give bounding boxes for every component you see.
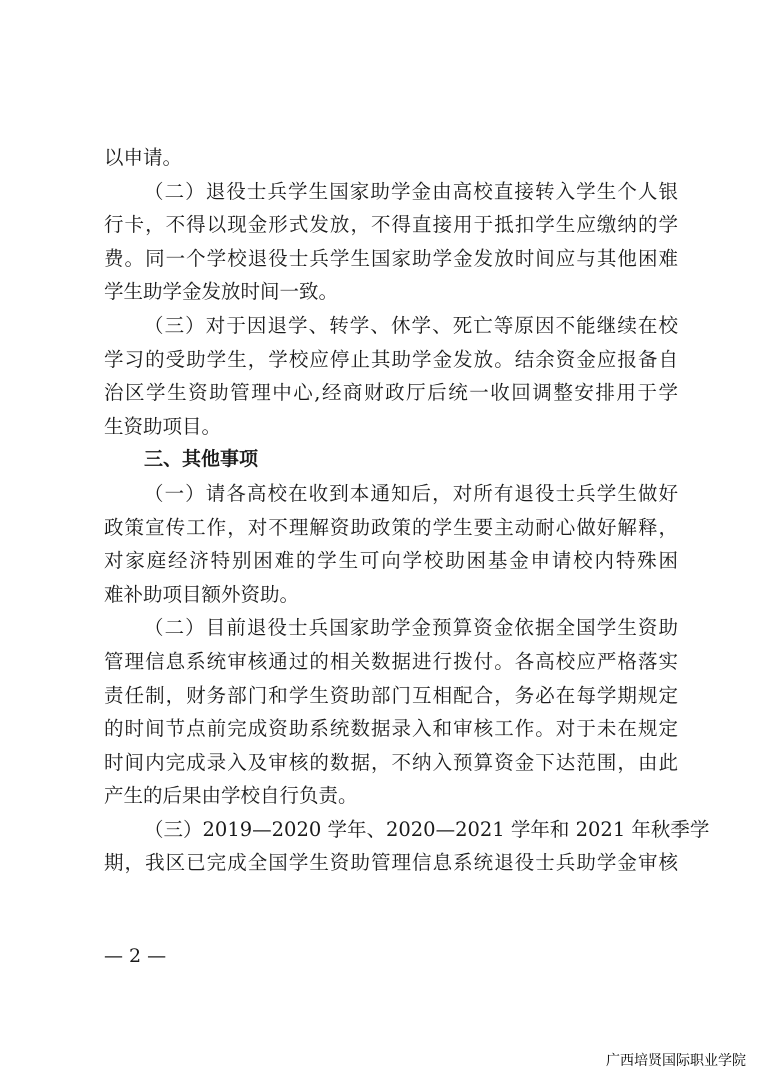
text-line: 责任制，财务部门和学生资助部门互相配合，务必在每学期规定 xyxy=(104,679,678,713)
document-page: 以申请。 （二）退役士兵学生国家助学金由高校直接转入学生个人银 行卡，不得以现金… xyxy=(0,0,764,1080)
text-line: 生资助项目。 xyxy=(104,410,678,444)
text-line: 治区学生资助管理中心,经商财政厅后统一收回调整安排用于学 xyxy=(104,376,678,410)
section-heading: 三、其他事项 xyxy=(104,443,678,477)
text-line: （二）退役士兵学生国家助学金由高校直接转入学生个人银 xyxy=(104,175,678,209)
page-number: — 2 — xyxy=(104,942,166,970)
text-line: 学习的受助学生，学校应停止其助学金发放。结余资金应报备自 xyxy=(104,343,678,377)
text-line: 时间内完成录入及审核的数据，不纳入预算资金下达范围，由此 xyxy=(104,746,678,780)
text-line: 产生的后果由学校自行负责。 xyxy=(104,779,678,813)
text-line: 对家庭经济特别困难的学生可向学校助困基金申请校内特殊困 xyxy=(104,544,678,578)
document-body: 以申请。 （二）退役士兵学生国家助学金由高校直接转入学生个人银 行卡，不得以现金… xyxy=(104,141,678,880)
text-line: 的时间节点前完成资助系统数据录入和审核工作。对于未在规定 xyxy=(104,712,678,746)
text-line: （二）目前退役士兵国家助学金预算资金依据全国学生资助 xyxy=(104,611,678,645)
text-line: （三）对于因退学、转学、休学、死亡等原因不能继续在校 xyxy=(104,309,678,343)
text-line: 行卡，不得以现金形式发放，不得直接用于抵扣学生应缴纳的学 xyxy=(104,208,678,242)
text-line: 政策宣传工作，对不理解资助政策的学生要主动耐心做好解释， xyxy=(104,511,678,545)
text-line: 费。同一个学校退役士兵学生国家助学金发放时间应与其他困难 xyxy=(104,242,678,276)
text-line: 难补助项目额外资助。 xyxy=(104,578,678,612)
text-line: （三）2019—2020 学年、2020—2021 学年和 2021 年秋季学 xyxy=(104,813,678,847)
watermark: 广西培贤国际职业学院 xyxy=(606,1050,746,1070)
text-line: 学生助学金发放时间一致。 xyxy=(104,275,678,309)
text-line: 期，我区已完成全国学生资助管理信息系统退役士兵助学金审核 xyxy=(104,846,678,880)
text-line: （一）请各高校在收到本通知后，对所有退役士兵学生做好 xyxy=(104,477,678,511)
text-line: 管理信息系统审核通过的相关数据进行拨付。各高校应严格落实 xyxy=(104,645,678,679)
text-line: 以申请。 xyxy=(104,141,678,175)
